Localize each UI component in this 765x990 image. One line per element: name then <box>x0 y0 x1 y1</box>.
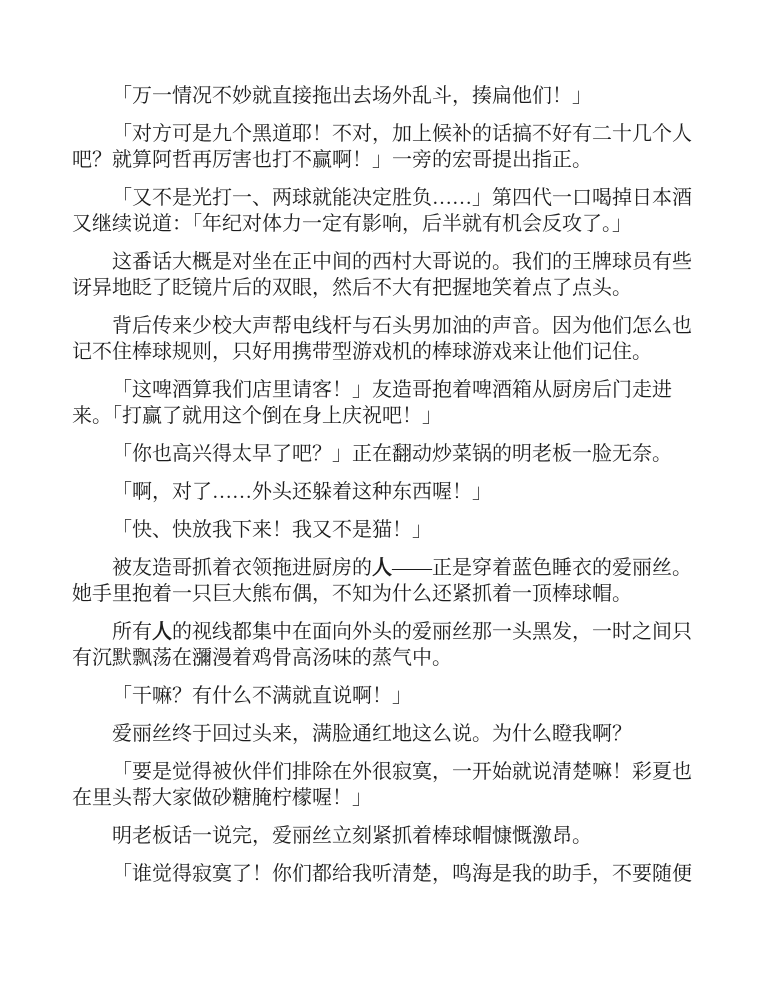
paragraph: 「又不是光打一、两球就能决定胜负……」第四代一口喝掉日本酒又继续说道：「年纪对体… <box>72 185 694 237</box>
paragraph: 明老板话一说完，爱丽丝立刻紧抓着棒球帽慷慨激昂。 <box>72 823 694 849</box>
text-segment: 「谁觉得寂寞了！你们都给我听清楚，鸣海是我的助手，不要随便 <box>112 863 692 885</box>
text-segment: 所有 <box>112 621 152 643</box>
novel-page: 「万一情况不妙就直接拖出去场外乱斗，揍扁他们！」「对方可是九个黑道耶！不对，加上… <box>0 0 765 990</box>
paragraph: 被友造哥抓着衣领拖进厨房的人——正是穿着蓝色睡衣的爱丽丝。她手里抱着一只巨大熊布… <box>72 555 694 607</box>
text-segment: 背后传来少校大声帮电线杆与石头男加油的声音。因为他们怎么也记不住棒球规则，只好用… <box>72 315 692 363</box>
text-segment: 「对方可是九个黑道耶！不对，加上候补的话搞不好有二十几个人吧？就算阿哲再厉害也打… <box>72 123 692 171</box>
paragraph: 「万一情况不妙就直接拖出去场外乱斗，揍扁他们！」 <box>72 83 694 109</box>
text-segment: 被友造哥抓着衣领拖进厨房的 <box>112 557 372 579</box>
paragraph: 这番话大概是对坐在正中间的西村大哥说的。我们的王牌球员有些讶异地眨了眨镜片后的双… <box>72 249 694 301</box>
text-segment: 「又不是光打一、两球就能决定胜负……」第四代一口喝掉日本酒又继续说道：「年纪对体… <box>72 187 692 235</box>
paragraph: 「谁觉得寂寞了！你们都给我听清楚，鸣海是我的助手，不要随便 <box>72 861 694 887</box>
paragraph: 爱丽丝终于回过头来，满脸通红地这么说。为什么瞪我啊？ <box>72 721 694 747</box>
text-segment-bold: 人 <box>152 621 172 643</box>
paragraph: 「啊，对了……外头还躲着这种东西喔！」 <box>72 479 694 505</box>
paragraph: 「要是觉得被伙伴们排除在外很寂寞，一开始就说清楚嘛！彩夏也在里头帮大家做砂糖腌柠… <box>72 759 694 811</box>
text-segment: 爱丽丝终于回过头来，满脸通红地这么说。为什么瞪我啊？ <box>112 723 632 745</box>
paragraph: 「这啤酒算我们店里请客！」友造哥抱着啤酒箱从厨房后门走进来。「打赢了就用这个倒在… <box>72 377 694 429</box>
paragraph: 「你也高兴得太早了吧？」正在翻动炒菜锅的明老板一脸无奈。 <box>72 441 694 467</box>
text-segment: 这番话大概是对坐在正中间的西村大哥说的。我们的王牌球员有些讶异地眨了眨镜片后的双… <box>72 251 692 299</box>
text-segment: 「这啤酒算我们店里请客！」友造哥抱着啤酒箱从厨房后门走进来。「打赢了就用这个倒在… <box>72 379 672 427</box>
text-segment: 明老板话一说完，爱丽丝立刻紧抓着棒球帽慷慨激昂。 <box>112 825 592 847</box>
paragraph: 「干嘛？有什么不满就直说啊！」 <box>72 683 694 709</box>
text-segment: 「啊，对了……外头还躲着这种东西喔！」 <box>112 481 492 503</box>
paragraph: 「对方可是九个黑道耶！不对，加上候补的话搞不好有二十几个人吧？就算阿哲再厉害也打… <box>72 121 694 173</box>
paragraph: 所有人的视线都集中在面向外头的爱丽丝那一头黑发，一时之间只有沉默飘荡在瀰漫着鸡骨… <box>72 619 694 671</box>
paragraph: 「快、快放我下来！我又不是猫！」 <box>72 517 694 543</box>
paragraph: 背后传来少校大声帮电线杆与石头男加油的声音。因为他们怎么也记不住棒球规则，只好用… <box>72 313 694 365</box>
page-text: 「万一情况不妙就直接拖出去场外乱斗，揍扁他们！」「对方可是九个黑道耶！不对，加上… <box>72 83 694 887</box>
text-segment-bold: 人 <box>372 557 392 579</box>
text-segment: 「快、快放我下来！我又不是猫！」 <box>112 519 432 541</box>
text-segment: 「万一情况不妙就直接拖出去场外乱斗，揍扁他们！」 <box>112 85 592 107</box>
text-segment: 「干嘛？有什么不满就直说啊！」 <box>112 685 412 707</box>
text-segment: 「你也高兴得太早了吧？」正在翻动炒菜锅的明老板一脸无奈。 <box>112 443 672 465</box>
text-segment: 「要是觉得被伙伴们排除在外很寂寞，一开始就说清楚嘛！彩夏也在里头帮大家做砂糖腌柠… <box>72 761 692 809</box>
